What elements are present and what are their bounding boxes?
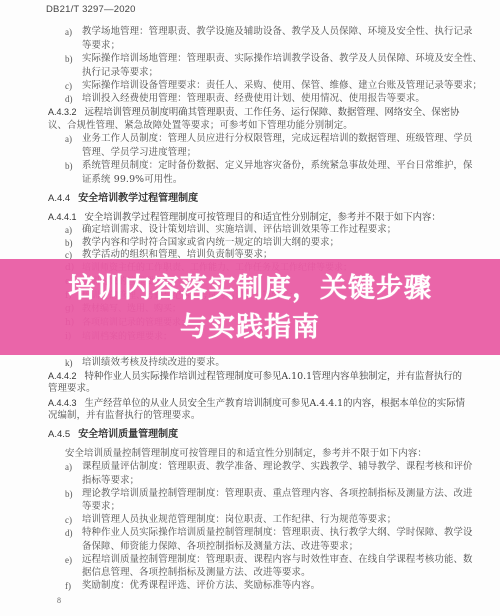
list-item-text: 培训绩效考核及持续改进的要求。: [82, 357, 225, 369]
clause-number: A.4.4.1: [48, 212, 77, 222]
list-item-text: 特种作业人员实际操作培训质量控制管理制度：管理职责、执行教学大纲、学时保障、教学…: [82, 527, 473, 539]
list-item-text: 证系统 99.9%可用性。: [82, 174, 182, 186]
list-item-text: 理论教学培训质量控制管理制度：管理职责、重点管理内容、各项控制指标及测量方法、改…: [82, 488, 473, 500]
clause-a442: A.4.4.2特种作业人员实际操作培训过程管理制度可参见A.10.1管理内容单独…: [48, 370, 462, 383]
clause-number: A.4.3.2: [48, 107, 77, 117]
clause-text: 议、合规性管理、紧急故障处置等要求；可参考如下管理功能分别制定。: [48, 120, 353, 132]
clause-text: 特种作业人员实际操作培训过程管理制度可参见A.10.1管理内容单独制定，并有监督…: [85, 371, 463, 382]
section-title: 安全培训教学过程管理制度: [78, 193, 198, 204]
list-item-text: 奖励制度：优秀课程评选、评价方法、奖励标准等内容。: [82, 580, 320, 592]
list-item-text: 系统管理员制度：定时备份数据、定义异地容灾备份，系统紧急事故处理、平台日常维护，…: [82, 160, 473, 172]
list-marker: a): [65, 224, 72, 236]
list-marker: a): [65, 26, 72, 38]
list-marker: k): [65, 357, 73, 369]
document-page: DB21/T 3297—2020 a) 教学场地管理：管理职责、教学设施及辅助设…: [0, 0, 500, 616]
list-marker: b): [65, 160, 73, 172]
list-marker: d): [65, 93, 73, 105]
clause-a443: A.4.4.3生产经营单位的从业人员安全生产教育培训制度可参见A.4.4.1的内…: [48, 397, 465, 410]
list-item-text: 业务工作人员制度：管理人员应进行分权限管理，完成远程培训的数据管理、班级管理、学…: [82, 133, 473, 145]
list-marker: d): [65, 527, 73, 539]
clause-a441: A.4.4.1安全培训教学过程管理制度可按管理目的和适宜性分别制定，参考并不限于…: [48, 211, 441, 224]
list-marker: f): [65, 580, 71, 592]
clause-number: A.4.4.2: [48, 371, 77, 381]
clause-text: 远程培训管理员制度明确其管理职责、工作任务、运行保障、数据管理、网络安全、保密协: [85, 107, 460, 118]
list-item-text: 教学场地管理：管理职责、教学设施及辅助设备、教学及人员保障、环境及安全性、执行记…: [82, 26, 473, 38]
list-item-text: 据信息管理、各项控制指标及测量方法、改进等要求。: [82, 567, 311, 579]
list-item-text: 等要求；: [82, 501, 120, 513]
list-item-text: 教学内容和学时符合国家或省内统一规定的培训大纲的要求；: [82, 237, 339, 249]
list-marker: e): [65, 554, 72, 566]
list-item-text: 实际操作培训场地管理：管理职责、实际操作培训教学设备、教学及人员保障、环境及安全…: [82, 53, 482, 65]
list-marker: b): [65, 237, 73, 249]
clause-text: 况编制，并有监督执行的管理要求。: [48, 410, 200, 422]
list-item-text: 等要求；: [82, 40, 120, 52]
section-number: A.4.5: [48, 429, 70, 440]
list-marker: b): [65, 488, 73, 500]
section-intro: 安全培训质量控制管理制度可按管理目的和适宜性分别制定，参考并不限于如下内容：: [65, 448, 427, 460]
list-item-text: 课程质量评估制度：管理职责、教学准备、理论教学、实践教学、辅导教学、课程考核和评…: [82, 461, 473, 473]
banner-title-line2: 与实践指南: [0, 305, 500, 344]
list-marker: c): [65, 514, 72, 526]
section-title: 安全培训质量管理制度: [78, 429, 178, 440]
section-heading-a44: A.4.4安全培训教学过程管理制度: [48, 192, 198, 205]
banner-title-line1: 培训内容落实制度，关键步骤: [0, 266, 500, 305]
document-header: DB21/T 3297—2020: [46, 4, 136, 15]
clause-text: 安全培训教学过程管理制度可按管理目的和适宜性分别制定，参考并不限于如下内容：: [85, 212, 441, 223]
list-marker: a): [65, 461, 72, 473]
list-item-text: 备保障、师资能力保障、各项控制指标及测量方法、改进等要求；: [82, 541, 358, 553]
clause-number: A.4.4.3: [48, 398, 77, 408]
list-item-text: 确定培训需求、设计策划培训、实施培训、评估培训效果等工作过程要求；: [82, 224, 396, 236]
list-marker: c): [65, 80, 72, 92]
list-item-text: 执行记录等要求；: [82, 67, 158, 79]
list-marker: b): [65, 53, 73, 65]
section-number: A.4.4: [48, 193, 70, 204]
list-item-text: 培训管理人员执业规范管理制度：岗位职责、工作纪律、行为规范等要求；: [82, 514, 396, 526]
clause-text: 管理要求。: [48, 383, 96, 395]
section-heading-a45: A.4.5安全培训质量管理制度: [48, 428, 178, 441]
clause-text: 生产经营单位的从业人员安全生产教育培训制度可参见A.4.4.1的内容，根据本单位…: [85, 398, 465, 409]
list-item-text: 指标等要求；: [82, 475, 139, 487]
list-item-text: 培训投入经费使用管理：管理职责、经费使用计划、使用情况、使用报告等要求。: [82, 93, 425, 105]
list-item-text: 管理、学员学习进度管理；: [82, 147, 196, 159]
list-item-text: 远程培训质量控制管理制度：管理职责、课程内容与时效性审查、在线自学课程考核功能、…: [82, 554, 473, 566]
list-marker: a): [65, 133, 72, 145]
page-number: 8: [57, 596, 61, 605]
clause-a432: A.4.3.2远程培训管理员制度明确其管理职责、工作任务、运行保障、数据管理、网…: [48, 106, 460, 119]
list-item-text: 实际操作培训设备管理要求：责任人、采购、使用、保管、维修、建立台账及管理记录等要…: [82, 80, 482, 92]
